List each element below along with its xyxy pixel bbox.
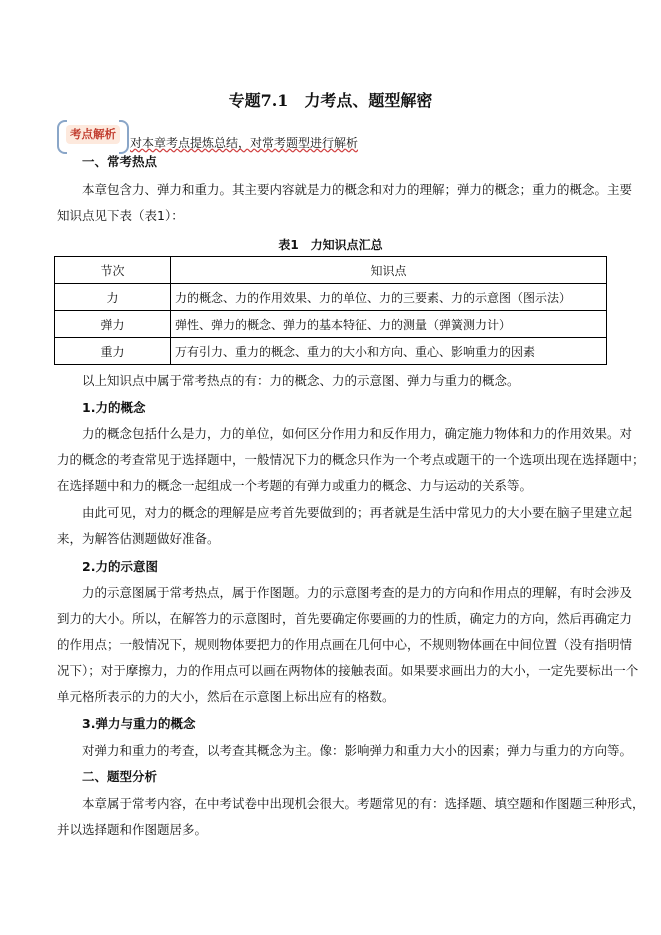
table-cell: 力 <box>55 284 171 311</box>
table-row: 力 力的概念、力的作用效果、力的单位、力的三要素、力的示意图（图示法） <box>55 284 607 311</box>
table-cell: 万有引力、重力的概念、重力的大小和方向、重心、影响重力的因素 <box>171 338 607 365</box>
paragraph-line: 况下）；对于摩擦力，力的作用点可以画在两物体的接触表面。如果要求画出力的大小，一… <box>57 661 638 679</box>
paragraph-line: 的作用点；一般情况下，规则物体要把力的作用点画在几何中心，不规则物体画在中间位置… <box>57 635 632 653</box>
document-title: 专题7.1 力考点、题型解密 <box>0 88 661 111</box>
subheading-force-concept: 1.力的概念 <box>82 398 145 416</box>
table-header-row: 节次 知识点 <box>55 257 607 284</box>
paragraph-line: 本章属于常考内容，在中考试卷中出现机会很大。考题常见的有：选择题、填空题和作图题… <box>82 794 645 812</box>
hot-summary: 以上知识点中属于常考热点的有：力的概念、力的示意图、弹力与重力的概念。 <box>82 371 520 389</box>
table-header-cell: 节次 <box>55 257 171 284</box>
table-row: 弹力 弹性、弹力的概念、弹力的基本特征、力的测量（弹簧测力计） <box>55 311 607 338</box>
table-cell: 弹性、弹力的概念、弹力的基本特征、力的测量（弹簧测力计） <box>171 311 607 338</box>
paragraph-line: 力的概念的考查常见于选择题中，一般情况下力的概念只作为一个考点或题干的一个选项出… <box>57 450 645 468</box>
paragraph-line: 力的概念包括什么是力，力的单位，如何区分作用力和反作用力，确定施力物体和力的作用… <box>82 424 632 442</box>
paragraph-line: 在选择题中和力的概念一起组成一个考题的有弹力或重力的概念、力与运动的关系等。 <box>57 476 532 494</box>
key-point-badge: 考点解析 <box>57 120 129 152</box>
badge-label: 考点解析 <box>66 125 120 144</box>
badge-note: 对本章考点提炼总结，对常考题型进行解析 <box>130 134 358 151</box>
paragraph-line: 力的示意图属于常考热点，属于作图题。力的示意图考查的是力的方向和作用点的理解，有… <box>82 583 632 601</box>
subheading-elastic-gravity: 3.弹力与重力的概念 <box>82 714 195 732</box>
section-heading-question-types: 二、题型分析 <box>82 767 157 785</box>
table-cell: 重力 <box>55 338 171 365</box>
table-cell: 弹力 <box>55 311 171 338</box>
table-row: 重力 万有引力、重力的概念、重力的大小和方向、重心、影响重力的因素 <box>55 338 607 365</box>
paragraph-line: 来，为解答估测题做好准备。 <box>57 529 220 547</box>
bracket-right-icon <box>119 120 129 154</box>
paragraph-line: 单元格所表示的力的大小，然后在示意图上标出应有的格数。 <box>57 687 395 705</box>
intro-line-1: 本章包含力、弹力和重力。其主要内容就是力的概念和对力的理解；弹力的概念；重力的概… <box>82 180 632 198</box>
knowledge-table: 节次 知识点 力 力的概念、力的作用效果、力的单位、力的三要素、力的示意图（图示… <box>54 256 607 365</box>
table-caption: 表1 力知识点汇总 <box>0 236 661 253</box>
paragraph-line: 由此可见，对力的概念的理解是应考首先要做到的；再者就是生活中常见力的大小要在脑子… <box>82 503 632 521</box>
paragraph-line: 到力的大小。所以，在解答力的示意图时，首先要确定你要画的力的性质，确定力的方向，… <box>57 609 632 627</box>
table-cell: 力的概念、力的作用效果、力的单位、力的三要素、力的示意图（图示法） <box>171 284 607 311</box>
intro-line-2: 知识点见下表（表1）： <box>57 206 184 224</box>
paragraph-line: 对弹力和重力的考查，以考查其概念为主。像：影响弹力和重力大小的因素；弹力与重力的… <box>82 741 632 759</box>
document-page: 专题7.1 力考点、题型解密 考点解析 对本章考点提炼总结，对常考题型进行解析 … <box>0 0 661 935</box>
table-header-cell: 知识点 <box>171 257 607 284</box>
section-heading-hot-topics: 一、常考热点 <box>82 152 157 170</box>
subheading-force-diagram: 2.力的示意图 <box>82 557 158 575</box>
paragraph-line: 并以选择题和作图题居多。 <box>57 820 207 838</box>
